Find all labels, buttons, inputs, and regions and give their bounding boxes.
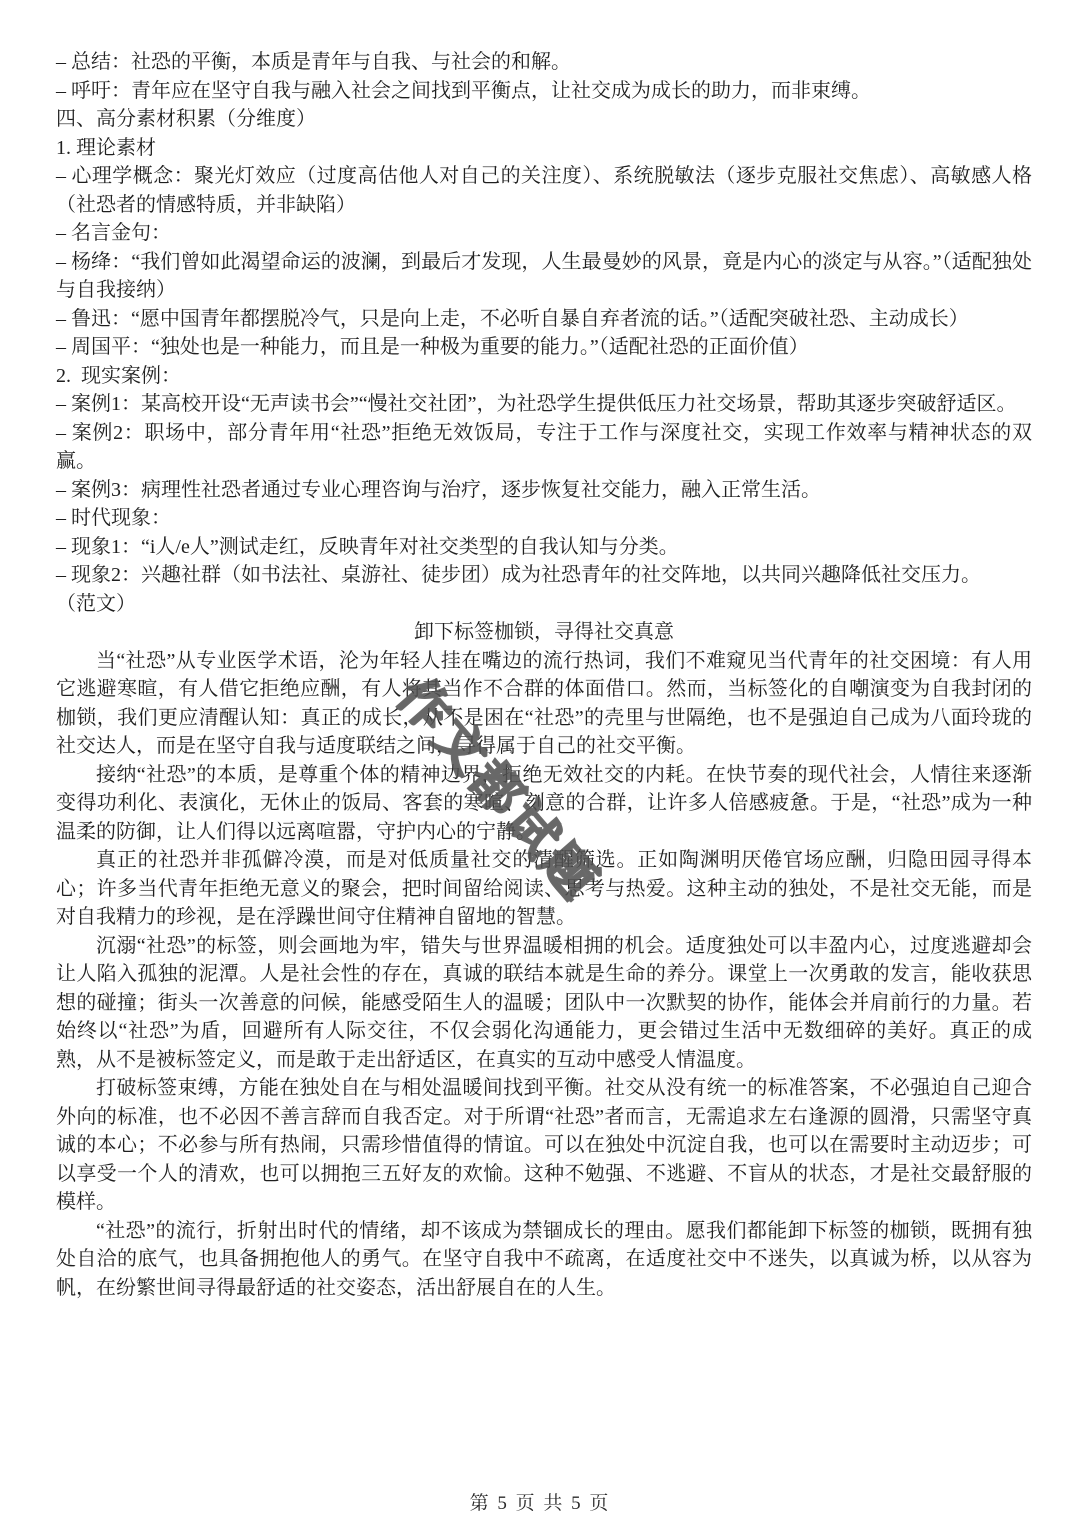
sample-essay-label: （范文） <box>56 590 1032 619</box>
outline-line-psychology-concepts: – 心理学概念：聚光灯效应（过度高估他人对自己的关注度）、系统脱敏法（逐步克服社… <box>56 162 1032 219</box>
essay-paragraph-6: “社恐”的流行，折射出时代的情绪，却不该成为禁锢成长的理由。愿我们都能卸下标签的… <box>56 1217 1032 1303</box>
outline-line-summary: – 总结：社恐的平衡，本质是青年与自我、与社会的和解。 <box>56 48 1032 77</box>
outline-line-phenomenon-2: – 现象2：兴趣社群（如书法社、桌游社、徒步团）成为社恐青年的社交阵地，以共同兴… <box>56 561 1032 590</box>
document-page: – 总结：社恐的平衡，本质是青年与自我、与社会的和解。 – 呼吁：青年应在坚守自… <box>0 0 1080 1527</box>
outline-line-appeal: – 呼吁：青年应在坚守自我与融入社会之间找到平衡点，让社交成为成长的助力，而非束… <box>56 77 1032 106</box>
outline-line-phenomenon-1: – 现象1：“i人/e人”测试走红，反映青年对社交类型的自我认知与分类。 <box>56 533 1032 562</box>
outline-line-quotes-heading: – 名言金句： <box>56 219 1032 248</box>
essay-paragraph-5: 打破标签束缚，方能在独处自在与相处温暖间找到平衡。社交从没有统一的标准答案，不必… <box>56 1074 1032 1217</box>
outline-line-quote-luxun: – 鲁迅：“愿中国青年都摆脱冷气，只是向上走，不必听自暴自弃者流的话。”（适配突… <box>56 305 1032 334</box>
essay-title: 卸下标签枷锁，寻得社交真意 <box>56 618 1032 647</box>
subsection-real-cases: 2. 现实案例： <box>56 362 1032 391</box>
document-content: – 总结：社恐的平衡，本质是青年与自我、与社会的和解。 – 呼吁：青年应在坚守自… <box>56 48 1032 1302</box>
essay-paragraph-1: 当“社恐”从专业医学术语，沦为年轻人挂在嘴边的流行热词，我们不难窥见当代青年的社… <box>56 647 1032 761</box>
outline-line-quote-yangjiang: – 杨绛：“我们曾如此渴望命运的波澜，到最后才发现，人生最曼妙的风景，竟是内心的… <box>56 248 1032 305</box>
outline-line-case-1: – 案例1：某高校开设“无声读书会”“慢社交社团”，为社恐学生提供低压力社交场景… <box>56 390 1032 419</box>
essay-paragraph-2: 接纳“社恐”的本质，是尊重个体的精神边界，拒绝无效社交的内耗。在快节奏的现代社会… <box>56 761 1032 847</box>
outline-line-era-phenomena: – 时代现象： <box>56 504 1032 533</box>
section-heading-four: 四、高分素材积累（分维度） <box>56 105 1032 134</box>
page-number: 第 5 页 共 5 页 <box>0 1488 1080 1515</box>
outline-line-case-3: – 案例3：病理性社恐者通过专业心理咨询与治疗，逐步恢复社交能力，融入正常生活。 <box>56 476 1032 505</box>
essay-paragraph-4: 沉溺“社恐”的标签，则会画地为牢，错失与世界温暖相拥的机会。适度独处可以丰盈内心… <box>56 932 1032 1075</box>
subsection-theory-material: 1. 理论素材 <box>56 134 1032 163</box>
outline-line-quote-zhouguoping: – 周国平：“独处也是一种能力，而且是一种极为重要的能力。”（适配社恐的正面价值… <box>56 333 1032 362</box>
outline-line-case-2: – 案例2：职场中，部分青年用“社恐”拒绝无效饭局，专注于工作与深度社交，实现工… <box>56 419 1032 476</box>
essay-paragraph-3: 真正的社恐并非孤僻冷漠，而是对低质量社交的清醒筛选。正如陶渊明厌倦官场应酬，归隐… <box>56 846 1032 932</box>
